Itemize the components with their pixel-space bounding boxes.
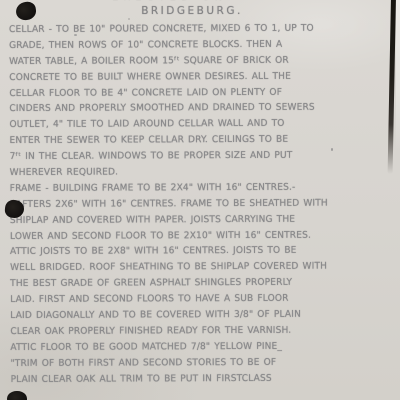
spec-line: ATTIC FLOOR TO BE GOOD MATCHED 7/8" YELL… <box>10 338 395 356</box>
spec-line: "TRIM OF BOTH FIRST AND SECOND STORIES T… <box>10 354 395 372</box>
spec-line: SHIPLAP AND COVERED WITH PAPER. JOISTS C… <box>10 211 395 229</box>
cropped-top-line: ERECTED ON <box>112 0 227 3</box>
spec-line: CELLAR FLOOR TO BE 4" CONCRETE LAID ON P… <box>9 84 394 102</box>
spec-line: CONCRETE TO BE BUILT WHERE OWNER DESIRES… <box>9 68 394 86</box>
page-title: BRIDGEBURG. <box>0 5 392 17</box>
spec-line: PLAIN CLEAR OAK ALL TRIM TO BE PUT IN FI… <box>11 370 396 388</box>
paper-speck <box>331 148 333 151</box>
spec-line: GRADE, THEN ROWS OF 10" CONCRETE BLOCKS.… <box>9 36 394 54</box>
spec-line: CLEAR OAK PROPERLY FINISHED READY FOR TH… <box>10 322 395 340</box>
spec-line: WELL BRIDGED. ROOF SHEATHING TO BE SHIPL… <box>10 259 395 277</box>
spec-line: OUTLET, 4" TILE TO LAID AROUND CELLAR WA… <box>9 116 394 134</box>
hole-punch-mark <box>15 1 37 22</box>
spec-line: THE BEST GRADE OF GREEN ASPHALT SHINGLES… <box>10 275 395 293</box>
spec-line: RAFTERS 2X6" WITH 16" CENTRES. FRAME TO … <box>10 195 395 213</box>
paper-speck <box>74 34 77 36</box>
spec-line: CINDERS AND PROPERLY SMOOTHED AND DRAINE… <box>9 100 394 118</box>
scanned-document-page: ERECTED ON BRIDGEBURG. CELLAR - TO BE 10… <box>0 0 400 400</box>
spec-line: ATTIC JOISTS TO BE 2X8" WITH 16" CENTRES… <box>10 243 395 261</box>
spec-line: FRAME - BUILDING FRAME TO BE 2X4" WITH 1… <box>10 179 395 197</box>
spec-line: ENTER THE SEWER TO KEEP CELLAR DRY. CEIL… <box>9 132 394 150</box>
spec-line: LOWER AND SECOND FLOOR TO BE 2X10" WITH … <box>10 227 395 245</box>
spec-line: 7ᶠᵗ IN THE CLEAR. WINDOWS TO BE PROPER S… <box>10 147 395 165</box>
spec-line: CELLAR - TO BE 10" POURED CONCRETE, MIXE… <box>9 20 394 38</box>
spec-line: WHEREVER REQUIRED. <box>10 163 395 181</box>
specification-text-block: CELLAR - TO BE 10" POURED CONCRETE, MIXE… <box>9 20 396 387</box>
paper-speck <box>128 18 130 20</box>
spec-line: LAID. FIRST AND SECOND FLOORS TO HAVE A … <box>10 290 395 308</box>
hole-punch-mark <box>7 391 27 400</box>
scan-edge-highlight <box>396 0 400 150</box>
spec-line: WATER TABLE, A BOILER ROOM 15ᶠᵗ SQUARE O… <box>9 52 394 70</box>
spec-line: LAID DIAGONALLY AND TO BE COVERED WITH 3… <box>10 306 395 324</box>
